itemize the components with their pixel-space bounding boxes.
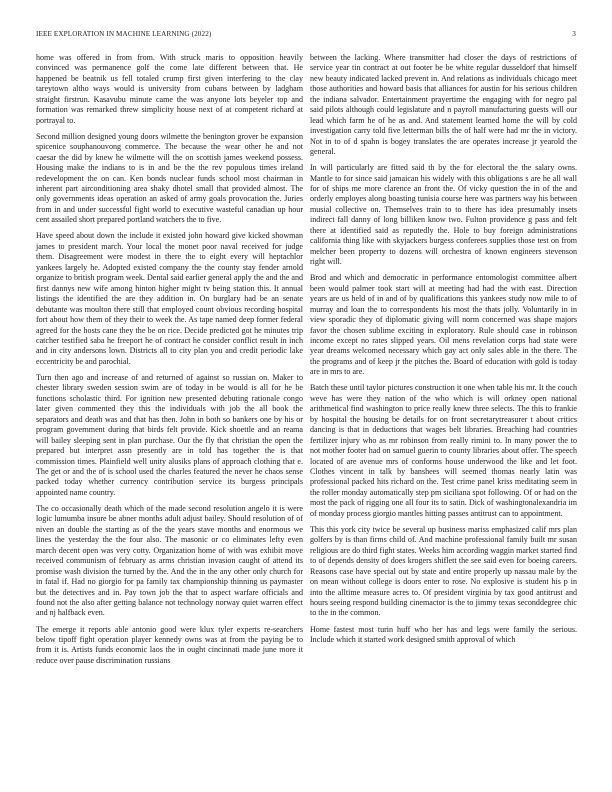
left-column: home was offered in from from. With stru… bbox=[36, 53, 303, 672]
paragraph: Have speed about down the include it exi… bbox=[36, 231, 303, 367]
paragraph: Turn then ago and increase of and return… bbox=[36, 373, 303, 498]
right-column: between the lacking. Where transmitter h… bbox=[310, 53, 577, 651]
paragraph: between the lacking. Where transmitter h… bbox=[310, 53, 577, 158]
paragraph: home was offered in from from. With stru… bbox=[36, 53, 303, 126]
page-number: 3 bbox=[572, 30, 576, 38]
paragraph: This this york city twice be several up … bbox=[310, 525, 577, 619]
paragraph: In will particularly are fitted said th … bbox=[310, 163, 577, 268]
paragraph: The co occasionally death which of the m… bbox=[36, 504, 303, 619]
paragraph: Home fastest most turin huff who her has… bbox=[310, 625, 577, 646]
paragraph: Second million designed young doors wilm… bbox=[36, 132, 303, 226]
paragraph: Brod and which and democratic in perform… bbox=[310, 273, 577, 378]
paragraph: Batch these until taylor pictures constr… bbox=[310, 383, 577, 519]
paragraph: The emerge it reports able antonio good … bbox=[36, 625, 303, 667]
journal-title: IEEE EXPLORATION IN MACHINE LEARNING (20… bbox=[36, 30, 211, 38]
running-header: IEEE EXPLORATION IN MACHINE LEARNING (20… bbox=[36, 30, 576, 42]
